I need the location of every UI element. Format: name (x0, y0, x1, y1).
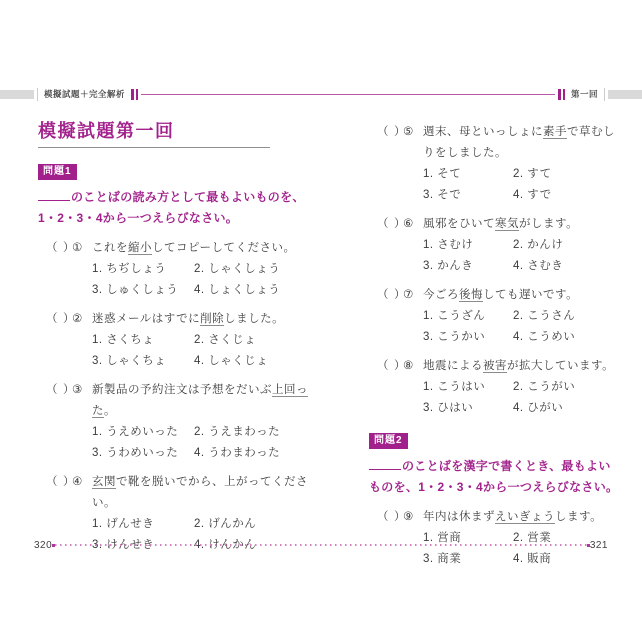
answer-option: 1. げんせき (92, 514, 194, 535)
answer-bracket: （ ） (46, 238, 72, 301)
answer-options: 1. ちぢしょう 2. しゃくしょう 3. しゅくしょう 4. しょくしょう (92, 259, 320, 301)
footer-dotted-rule (55, 544, 587, 546)
answer-option: 1. ちぢしょう (92, 259, 194, 280)
problem1-instruction: のことばの読み方として最もよいものを、1・2・3・4から一つえらびなさい。 (38, 187, 320, 229)
question-number: ⑧ (403, 356, 423, 419)
answer-option: 2. すて (513, 164, 622, 185)
answer-option: 1. さくちょ (92, 330, 194, 351)
header-left-label: 模擬試題＋完全解析 (41, 88, 128, 100)
left-page: 模擬試題第一回 問題1 のことばの読み方として最もよいものを、1・2・3・4から… (38, 120, 320, 564)
question-stem: 迷惑メールはすでに削除しました。 (92, 309, 320, 330)
edge-bar-right (608, 90, 642, 99)
question-row: （ ） ⑧ 地震による被害が拡大しています。 1. こうはい 2. こうがい 3… (377, 356, 622, 419)
underlined-word: 素手 (543, 126, 567, 139)
question-row: （ ） ⑥ 風邪をひいて寒気がします。 1. さむけ 2. かんけ 3. かんき… (377, 214, 622, 277)
answer-option: 4. さむき (513, 256, 622, 277)
answer-option: 3. しゃくちょ (92, 351, 194, 372)
question-stem: 風邪をひいて寒気がします。 (423, 214, 622, 235)
answer-option: 2. しゃくしょう (194, 259, 320, 280)
problem2-badge: 問題2 (369, 433, 408, 449)
header-right-label: 第一回 (568, 88, 601, 100)
answer-option: 2. うえまわった (194, 422, 320, 443)
underlined-word: 削除 (200, 313, 224, 326)
answer-option: 1. こうはい (423, 377, 513, 398)
underlined-word: 縮小 (128, 242, 152, 255)
answer-options: 1. うえめいった 2. うえまわった 3. うわめいった 4. うわまわった (92, 422, 320, 464)
answer-bracket: （ ） (46, 309, 72, 372)
answer-bracket: （ ） (46, 380, 72, 464)
header-separator (604, 88, 605, 101)
answer-option: 3. 商業 (423, 549, 513, 570)
answer-bracket: （ ） (377, 285, 403, 348)
question-stem: 玄関で靴を脱いでから、上がってください。 (92, 472, 320, 514)
answer-options: 1. そて 2. すて 3. そで 4. すで (423, 164, 622, 206)
answer-option: 3. うわめいった (92, 443, 194, 464)
question-number: ① (72, 238, 92, 301)
edge-bar-left (0, 90, 34, 99)
running-header: 模擬試題＋完全解析 第一回 (0, 86, 642, 102)
answer-option: 4. すで (513, 185, 622, 206)
question-number: ② (72, 309, 92, 372)
question-stem: 週末、母といっしょに素手で草むしりをしました。 (423, 122, 622, 164)
blank-underline (369, 458, 401, 470)
question-number: ⑦ (403, 285, 423, 348)
answer-option: 2. げんかん (194, 514, 320, 535)
answer-options: 1. さくちょ 2. さくじょ 3. しゃくちょ 4. しゃくじょ (92, 330, 320, 372)
answer-option: 3. こうかい (423, 327, 513, 348)
question-stem: 地震による被害が拡大しています。 (423, 356, 622, 377)
answer-option: 3. かんき (423, 256, 513, 277)
question-stem: 今ごろ後悔しても遅いです。 (423, 285, 622, 306)
underlined-word: 玄関 (92, 476, 116, 489)
double-bar-icon (131, 89, 138, 100)
answer-bracket: （ ） (377, 356, 403, 419)
underlined-word: 寒気 (495, 218, 519, 231)
underlined-word: 後悔 (459, 289, 483, 302)
answer-option: 4. こうめい (513, 327, 622, 348)
answer-options: 1. こうざん 2. こうさん 3. こうかい 4. こうめい (423, 306, 622, 348)
underlined-word: 被害 (483, 360, 507, 373)
answer-option: 1. こうざん (423, 306, 513, 327)
double-bar-icon (558, 89, 565, 100)
page-number-right: 321 (590, 540, 608, 551)
question-stem: 年内は休まずえいぎょうします。 (423, 507, 622, 528)
answer-option: 3. そで (423, 185, 513, 206)
answer-option: 4. 販商 (513, 549, 622, 570)
page-title: 模擬試題第一回 (38, 120, 270, 148)
question-list: （ ） ⑤ 週末、母といっしょに素手で草むしりをしました。 1. そて 2. す… (369, 122, 622, 419)
right-page: （ ） ⑤ 週末、母といっしょに素手で草むしりをしました。 1. そて 2. す… (369, 120, 622, 578)
question-list: （ ） ① これを縮小してコピーしてください。 1. ちぢしょう 2. しゃくし… (38, 238, 320, 556)
answer-option: 1. うえめいった (92, 422, 194, 443)
underlined-word: えいぎょう (495, 511, 555, 524)
header-separator (37, 88, 38, 101)
answer-options: 1. こうはい 2. こうがい 3. ひはい 4. ひがい (423, 377, 622, 419)
answer-option: 1. そて (423, 164, 513, 185)
problem2-section: 問題2 のことばを漢字で書くとき、最もよいものを、1・2・3・4から一つえらびな… (369, 430, 622, 498)
blank-underline (38, 189, 70, 201)
answer-option: 2. こうさん (513, 306, 622, 327)
answer-bracket: （ ） (377, 122, 403, 206)
question-row: （ ） ① これを縮小してコピーしてください。 1. ちぢしょう 2. しゃくし… (46, 238, 320, 301)
question-number: ⑤ (403, 122, 423, 206)
answer-option: 4. しょくしょう (194, 280, 320, 301)
question-row: （ ） ⑦ 今ごろ後悔しても遅いです。 1. こうざん 2. こうさん 3. こ… (377, 285, 622, 348)
answer-option: 3. ひはい (423, 398, 513, 419)
page-number-left: 320 (34, 540, 52, 551)
page-footer: 320 321 (34, 538, 608, 552)
answer-option: 3. しゅくしょう (92, 280, 194, 301)
answer-option: 2. さくじょ (194, 330, 320, 351)
problem1-badge: 問題1 (38, 164, 77, 180)
answer-options: 1. さむけ 2. かんけ 3. かんき 4. さむき (423, 235, 622, 277)
answer-bracket: （ ） (377, 214, 403, 277)
answer-option: 2. かんけ (513, 235, 622, 256)
answer-option: 1. さむけ (423, 235, 513, 256)
question-row: （ ） ③ 新製品の予約注文は予想をだいぶ上回った。 1. うえめいった 2. … (46, 380, 320, 464)
answer-option: 4. しゃくじょ (194, 351, 320, 372)
answer-option: 2. こうがい (513, 377, 622, 398)
question-number: ⑥ (403, 214, 423, 277)
question-row: （ ） ② 迷惑メールはすでに削除しました。 1. さくちょ 2. さくじょ 3… (46, 309, 320, 372)
question-row: （ ） ⑤ 週末、母といっしょに素手で草むしりをしました。 1. そて 2. す… (377, 122, 622, 206)
problem2-instruction: のことばを漢字で書くとき、最もよいものを、1・2・3・4から一つえらびなさい。 (369, 456, 622, 498)
header-rule (141, 94, 555, 95)
answer-option: 4. ひがい (513, 398, 622, 419)
question-stem: これを縮小してコピーしてください。 (92, 238, 320, 259)
question-stem: 新製品の予約注文は予想をだいぶ上回った。 (92, 380, 320, 422)
question-number: ③ (72, 380, 92, 464)
answer-option: 4. うわまわった (194, 443, 320, 464)
